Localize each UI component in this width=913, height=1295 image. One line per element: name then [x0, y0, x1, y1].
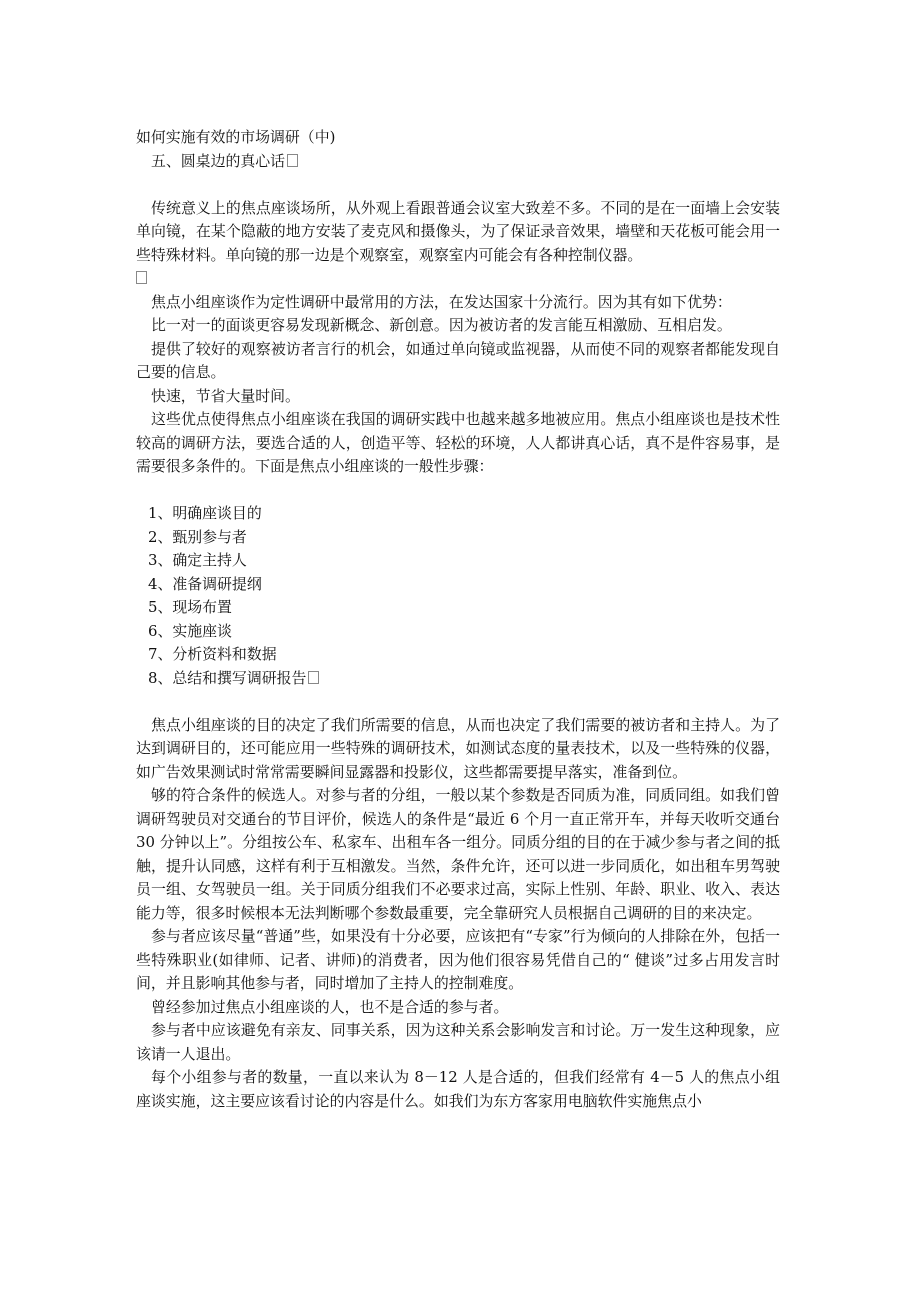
- step-item: 8、总结和撰写调研报告: [136, 667, 780, 691]
- body-paragraph: 每个小组参与者的数量，一直以来认为 8－12 人是合适的，但我们经常有 4－5 …: [136, 1066, 780, 1113]
- body-paragraph: 焦点小组座谈的目的决定了我们所需要的信息，从而也决定了我们需要的被访者和主持人。…: [136, 714, 780, 785]
- step-item: 2、甄别参与者: [136, 526, 780, 550]
- document-title: 如何实施有效的市场调研（中): [136, 126, 780, 150]
- body-paragraph: 曾经参加过焦点小组座谈的人，也不是合适的参与者。: [136, 996, 780, 1020]
- missing-glyph-line: [136, 267, 780, 291]
- step-item: 4、准备调研提纲: [136, 573, 780, 597]
- missing-glyph-icon: [287, 154, 298, 167]
- step-item: 5、现场布置: [136, 596, 780, 620]
- advantage-item: 提供了较好的观察被访者言行的机会，如通过单向镜或监视器，从而使不同的观察者都能发…: [136, 338, 780, 385]
- summary-paragraph: 这些优点使得焦点小组座谈在我国的调研实践中也越来越多地被应用。焦点小组座谈也是技…: [136, 408, 780, 479]
- intro-paragraph: 传统意义上的焦点座谈场所，从外观上看跟普通会议室大致差不多。不同的是在一面墙上会…: [136, 197, 780, 268]
- blank-line: [136, 479, 780, 503]
- body-paragraph: 参与者应该尽量“普通”些，如果没有十分必要，应该把有“专家”行为倾向的人排除在外…: [136, 925, 780, 996]
- blank-line: [136, 690, 780, 714]
- missing-glyph-icon: [308, 671, 319, 684]
- step-item: 3、确定主持人: [136, 549, 780, 573]
- steps-list: 1、明确座谈目的 2、甄别参与者 3、确定主持人 4、准备调研提纲 5、现场布置…: [136, 502, 780, 690]
- advantages-intro: 焦点小组座谈作为定性调研中最常用的方法，在发达国家十分流行。因为其有如下优势：: [136, 291, 780, 315]
- document-page: 如何实施有效的市场调研（中) 五、圆桌边的真心话 传统意义上的焦点座谈场所，从外…: [136, 126, 780, 1113]
- step-item: 1、明确座谈目的: [136, 502, 780, 526]
- section-heading: 五、圆桌边的真心话: [136, 150, 780, 174]
- body-paragraph: 参与者中应该避免有亲友、同事关系，因为这种关系会影响发言和讨论。万一发生这种现象…: [136, 1019, 780, 1066]
- advantage-item: 比一对一的面谈更容易发现新概念、新创意。因为被访者的发言能互相激励、互相启发。: [136, 314, 780, 338]
- missing-glyph-icon: [136, 271, 147, 284]
- blank-line: [136, 173, 780, 197]
- section-heading-text: 五、圆桌边的真心话: [151, 152, 285, 170]
- body-paragraph: 够的符合条件的候选人。对参与者的分组，一般以某个参数是否同质为准，同质同组。如我…: [136, 784, 780, 925]
- step-item: 7、分析资料和数据: [136, 643, 780, 667]
- step-item-text: 8、总结和撰写调研报告: [148, 669, 306, 687]
- step-item: 6、实施座谈: [136, 620, 780, 644]
- advantage-item: 快速，节省大量时间。: [136, 385, 780, 409]
